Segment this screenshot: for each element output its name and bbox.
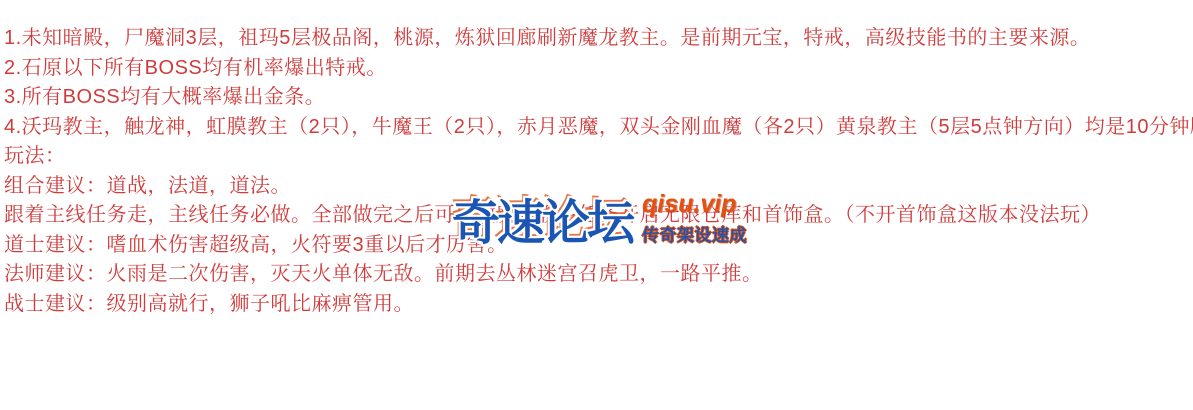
text-line: 战士建议：级别高就行，狮子吼比麻痹管用。 <box>4 290 1189 320</box>
text-line: 3.所有BOSS均有大概率爆出金条。 <box>4 83 1189 113</box>
text-line: 道士建议：嗜血术伤害超级高，火符要3重以后才厉害。 <box>4 231 1189 261</box>
text-line: 组合建议：道战，法道，道法。 <box>4 172 1189 202</box>
text-line: 4.沃玛教主，触龙神，虹膜教主（2只），牛魔王（2只），赤月恶魔，双头金刚血魔（… <box>4 113 1189 143</box>
guide-text-block: 1.未知暗殿，尸魔洞3层，祖玛5层极品阁，桃源，炼狱回廊刷新魔龙教主。是前期元宝… <box>4 24 1189 319</box>
text-line: 玩法： <box>4 142 1189 172</box>
text-line: 1.未知暗殿，尸魔洞3层，祖玛5层极品阁，桃源，炼狱回廊刷新魔龙教主。是前期元宝… <box>4 24 1189 54</box>
page: 1.未知暗殿，尸魔洞3层，祖玛5层极品阁，桃源，炼狱回廊刷新魔龙教主。是前期元宝… <box>0 0 1193 410</box>
text-line: 法师建议：火雨是二次伤害，灭天火单体无敌。前期去丛林迷宫召虎卫，一路平推。 <box>4 260 1189 290</box>
text-line: 跟着主线任务走，主线任务必做。全部做完之后可以做魔龙教主任务开启无限仓库和首饰盒… <box>4 201 1189 231</box>
text-line: 2.石原以下所有BOSS均有机率爆出特戒。 <box>4 54 1189 84</box>
